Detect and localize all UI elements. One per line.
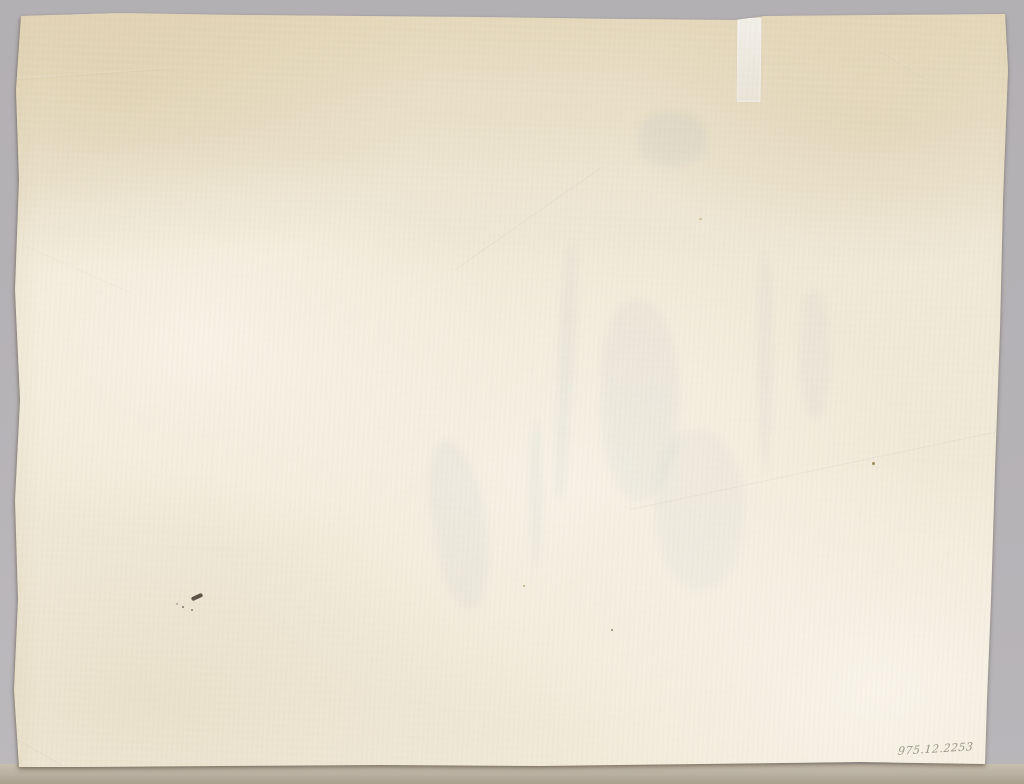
crease-line (16, 737, 63, 765)
stain-speck (523, 585, 525, 587)
paper-shadow-wrap: 975.12.2253 (0, 0, 1024, 784)
verso-photograph: 975.12.2253 (0, 0, 1024, 784)
paper-sheet-verso: 975.12.2253 (0, 0, 1024, 784)
crease-line (873, 46, 930, 81)
show-through-ghost (758, 250, 772, 470)
stain-speck (699, 218, 702, 220)
ink-speck (191, 593, 204, 602)
show-through-ghost (638, 112, 708, 167)
show-through-ghost (530, 420, 542, 570)
ink-speck (182, 606, 184, 608)
stain-speck (611, 629, 613, 631)
show-through-ghost (655, 430, 745, 590)
crease-line (17, 68, 167, 80)
ink-speck (176, 603, 178, 605)
crease-line (20, 242, 130, 293)
paper-texture-overlay (0, 0, 1024, 784)
tape-fragment (737, 18, 762, 102)
show-through-ghost (420, 437, 498, 613)
show-through-ghost (800, 290, 830, 420)
crease-line (454, 166, 601, 270)
show-through-ghost (551, 240, 581, 500)
ink-speck (191, 609, 193, 611)
stain-speck (872, 462, 875, 465)
accession-number-inscription: 975.12.2253 (898, 739, 989, 758)
